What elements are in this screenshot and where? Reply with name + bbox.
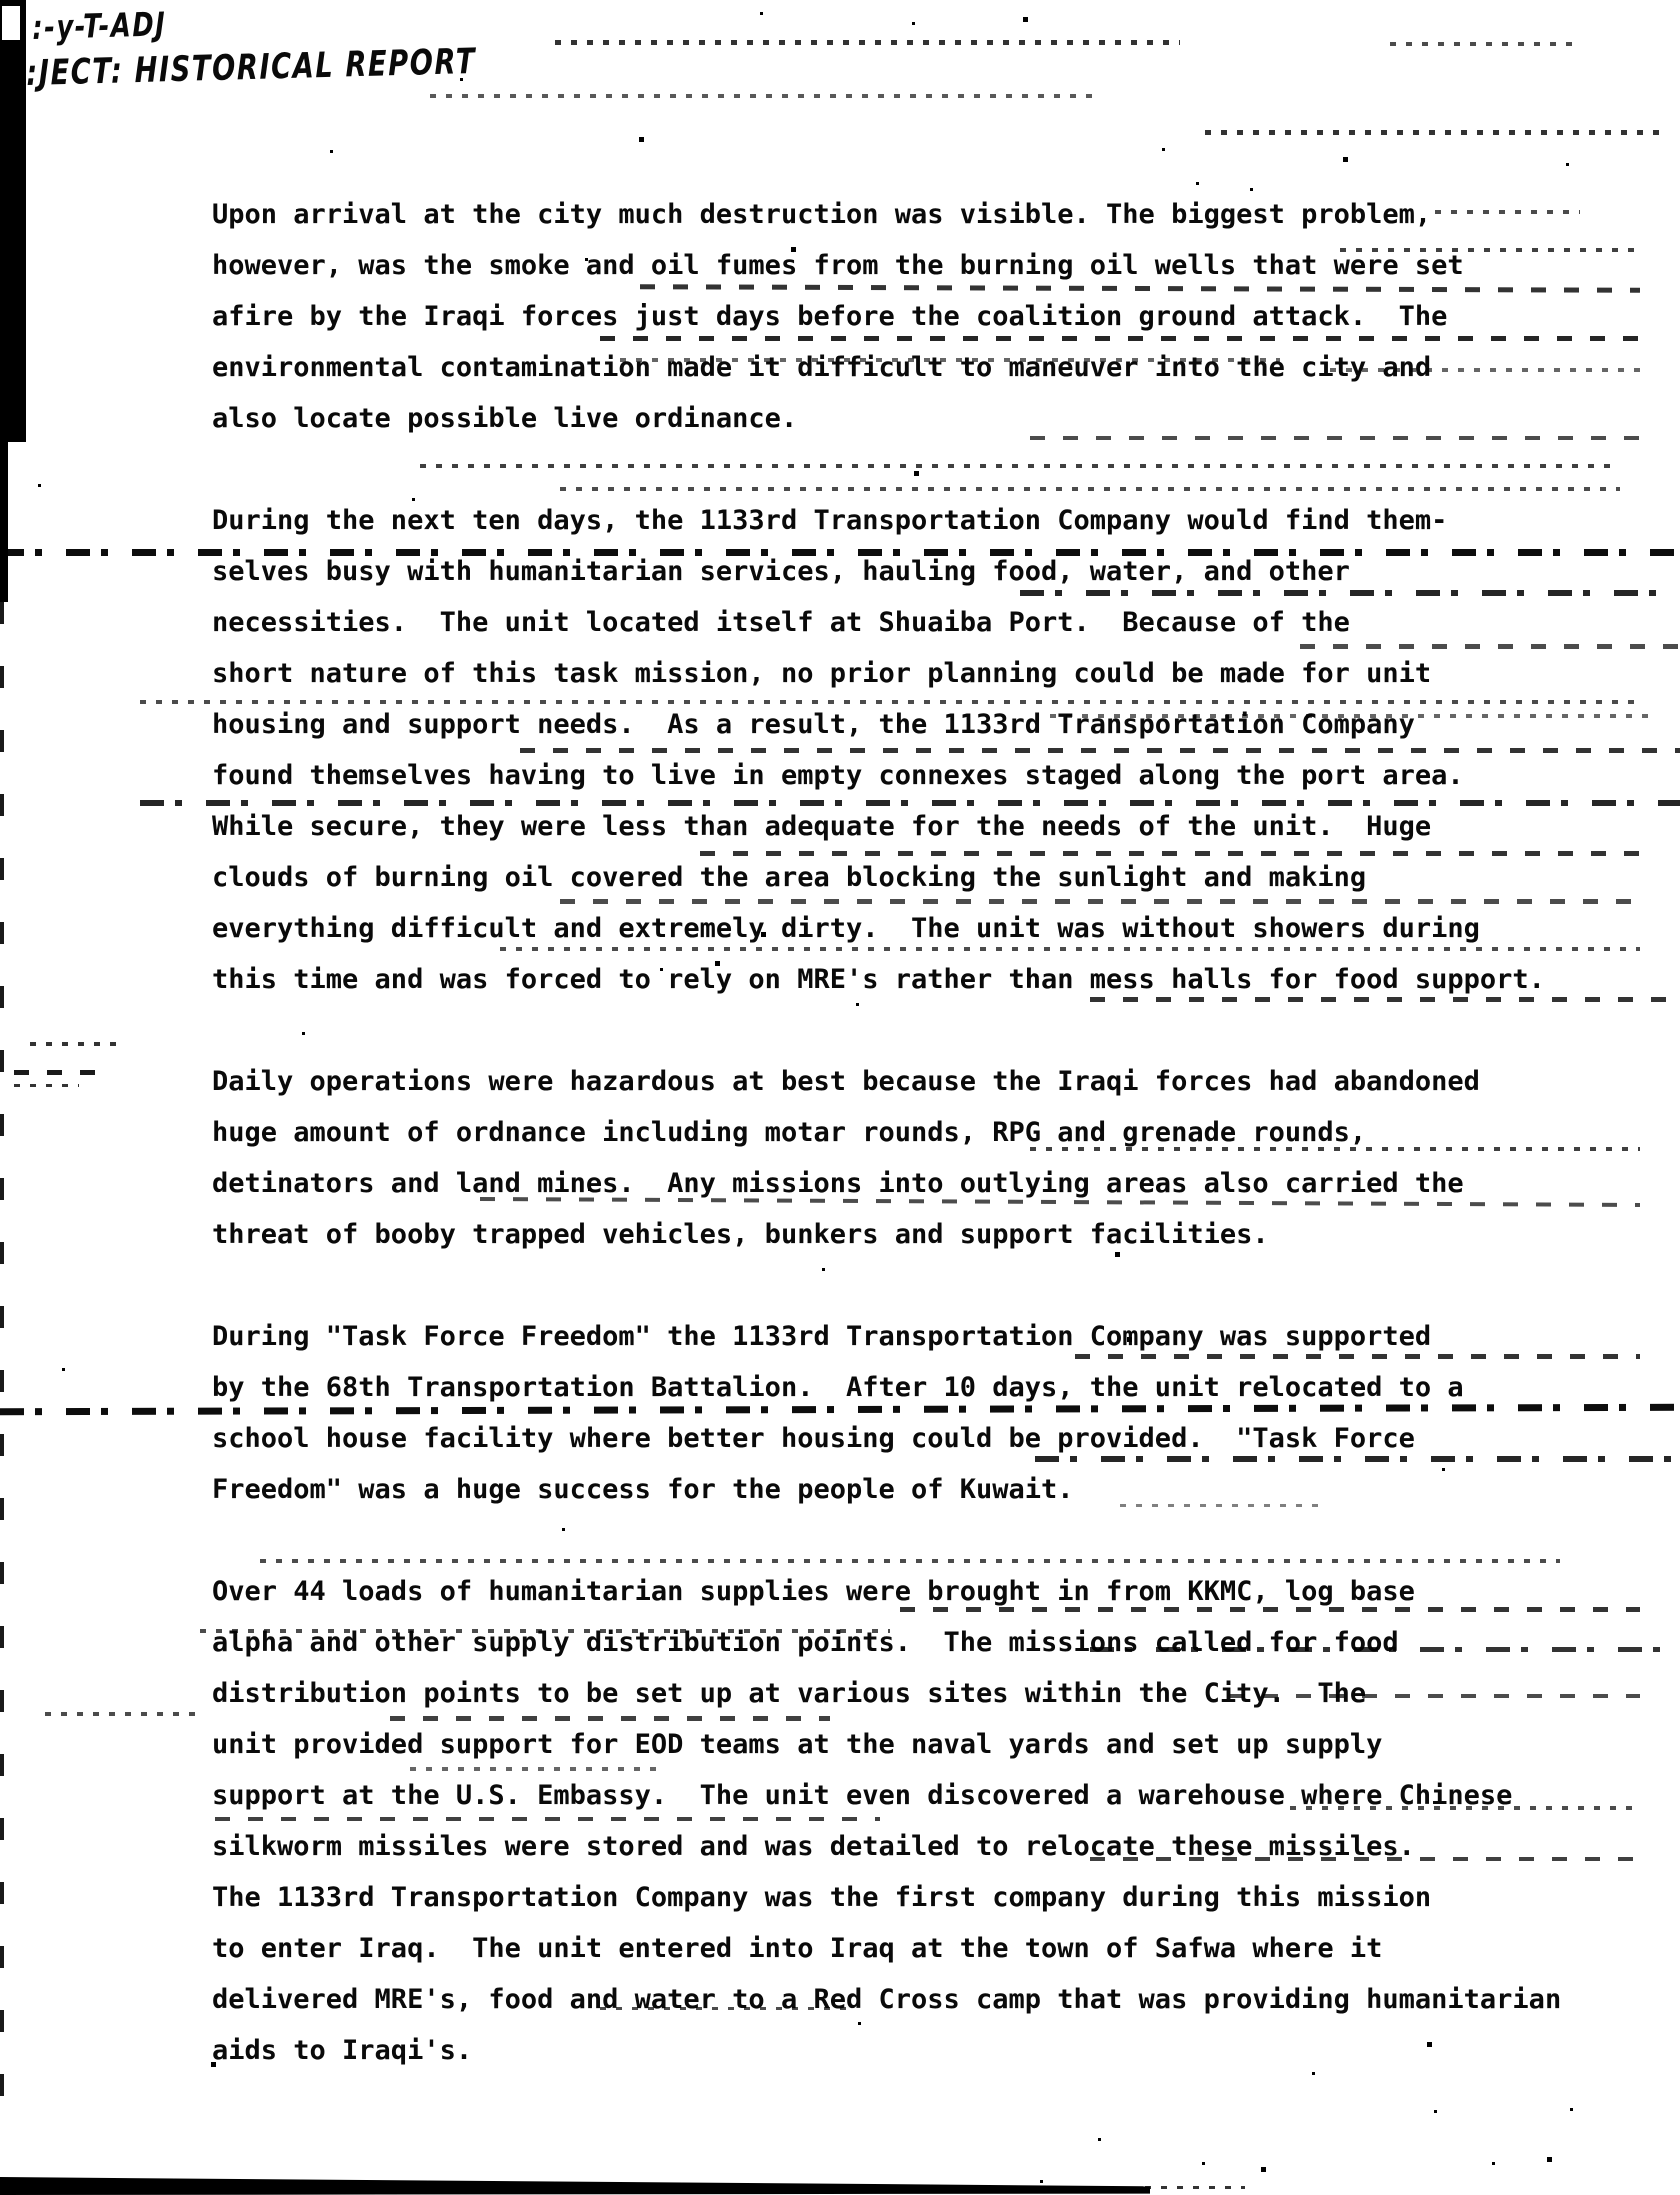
scan-smudge (260, 1559, 1560, 1563)
scan-smudge (215, 1817, 880, 1821)
text-line: housing and support needs. As a result, … (212, 699, 1632, 750)
scan-smudge (45, 1712, 195, 1716)
scan-edge-notch (2, 6, 20, 40)
text-line: found themselves having to live in empty… (212, 750, 1632, 801)
scan-smudge (140, 700, 1640, 704)
scan-bottom-bar (0, 2172, 1150, 2195)
scan-smudge (1030, 436, 1640, 440)
scan-smudge (1090, 1647, 1680, 1652)
scan-smudge (520, 748, 1680, 753)
text-line: Daily operations were hazardous at best … (212, 1056, 1632, 1107)
scan-smudge (140, 800, 1680, 806)
text-line: unit provided support for EOD teams at t… (212, 1719, 1632, 1770)
scan-smudge (390, 1716, 830, 1721)
text-line: support at the U.S. Embassy. The unit ev… (212, 1770, 1632, 1821)
scan-smudge (420, 464, 1620, 468)
scan-smudge (560, 487, 1620, 491)
scan-smudge (700, 851, 1640, 856)
scan-speckles (0, 0, 3, 3)
handwritten-header-line1: :-y-T-ADJ (32, 4, 167, 47)
text-line: Freedom" was a huge success for the peop… (212, 1464, 1632, 1515)
scan-smudge (430, 94, 1100, 98)
scan-smudge (1020, 590, 1680, 596)
text-line: necessities. The unit located itself at … (212, 597, 1632, 648)
scan-smudge (1300, 644, 1680, 649)
scan-smudge (1205, 130, 1660, 135)
scan-smudge (555, 40, 1180, 45)
scan-smudge (410, 1767, 660, 1771)
scan-smudge (1230, 1694, 1640, 1698)
text-line: While secure, they were less than adequa… (212, 801, 1632, 852)
document-body: Upon arrival at the city much destructio… (212, 189, 1632, 2127)
text-line: clouds of burning oil covered the area b… (212, 852, 1632, 903)
scan-smudge (1090, 1857, 1640, 1861)
scan-smudge (1390, 42, 1575, 46)
scan-smudge (1290, 1806, 1640, 1810)
scan-smudge (0, 549, 1680, 556)
text-line: Upon arrival at the city much destructio… (212, 189, 1632, 240)
scan-smudge (600, 2007, 855, 2010)
scan-smudge (1075, 1354, 1640, 1359)
scan-smudge (1120, 1504, 1320, 1507)
scan-smudge (14, 1084, 79, 1087)
scan-edge-bar-mid (0, 442, 8, 602)
scan-smudge (500, 947, 1640, 951)
scan-smudge (1435, 210, 1580, 214)
text-line: delivered MRE's, food and water to a Red… (212, 1974, 1632, 2025)
scan-smudge (1035, 1456, 1680, 1462)
scan-smudge (200, 1629, 890, 1633)
scanned-document-page: :-y-T-ADJ :JECT: HISTORICAL REPORT Upon … (0, 0, 1680, 2195)
text-line: During the next ten days, the 1133rd Tra… (212, 495, 1632, 546)
text-line: to enter Iraq. The unit entered into Ira… (212, 1923, 1632, 1974)
scan-smudge (1050, 714, 1650, 718)
scan-edge-line (0, 602, 4, 2102)
handwritten-header-line2: :JECT: HISTORICAL REPORT (26, 42, 476, 94)
scan-smudge (560, 899, 1640, 904)
scan-smudge (900, 1607, 1640, 1612)
paragraph: Upon arrival at the city much destructio… (212, 189, 1632, 444)
text-line: silkworm missiles were stored and was de… (212, 1821, 1632, 1872)
paragraph: Daily operations were hazardous at best … (212, 1056, 1632, 1260)
scan-smudge (14, 1070, 99, 1075)
paragraph: Over 44 loads of humanitarian supplies w… (212, 1566, 1632, 2076)
text-line: The 1133rd Transportation Company was th… (212, 1872, 1632, 1923)
text-line: short nature of this task mission, no pr… (212, 648, 1632, 699)
scan-smudge (1330, 368, 1640, 372)
scan-smudge (1090, 997, 1680, 1002)
text-line: alpha and other supply distribution poin… (212, 1617, 1632, 1668)
text-line: threat of booby trapped vehicles, bunker… (212, 1209, 1632, 1260)
scan-smudge (600, 336, 1640, 341)
text-line: afire by the Iraqi forces just days befo… (212, 291, 1632, 342)
scan-smudge (620, 358, 1280, 362)
scan-smudge (1340, 248, 1640, 252)
scan-smudge (1030, 1147, 1640, 1151)
scan-smudge (30, 1042, 125, 1046)
scan-smudge (1145, 2186, 1245, 2189)
scan-edge-bar (0, 0, 26, 442)
text-line: aids to Iraqi's. (212, 2025, 1632, 2076)
